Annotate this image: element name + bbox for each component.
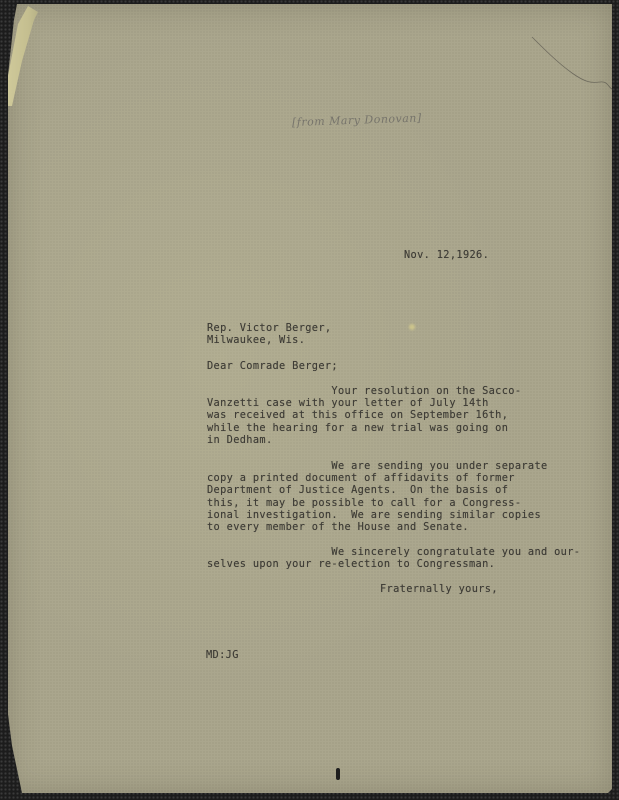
paper-blemish [409,324,415,330]
letter-date: Nov. 12,1926. [404,249,489,261]
paragraph-line: We sincerely congratulate you and our- [207,546,580,558]
paragraph-line: Vanzetti case with your letter of July 1… [207,397,521,409]
reference-initials: MD:JG [206,649,239,661]
paragraph-line: this, it may be possible to call for a C… [207,497,548,509]
paragraph-line: to every member of the House and Senate. [207,521,548,533]
closing: Fraternally yours, [380,583,498,595]
paragraph-resolution: Your resolution on the Sacco-Vanzetti ca… [207,385,521,446]
paragraph-line: ional investigation. We are sending simi… [207,509,548,521]
paragraph-line: in Dedham. [207,434,521,446]
paragraph-line: was received at this office on September… [207,409,521,421]
paragraph-line: selves upon your re-election to Congress… [207,558,580,570]
paragraph-line: Your resolution on the Sacco- [207,385,521,397]
paragraph-line: Department of Justice Agents. On the bas… [207,484,548,496]
paragraph-congratulations: We sincerely congratulate you and our-se… [207,546,580,570]
paragraph-line: We are sending you under separate [207,460,548,472]
addressee-line: Rep. Victor Berger, [207,322,331,334]
salutation: Dear Comrade Berger; [207,360,338,372]
paragraph-line: copy a printed document of affidavits of… [207,472,548,484]
paragraph-line: while the hearing for a new trial was go… [207,422,521,434]
addressee-block: Rep. Victor Berger,Milwaukee, Wis. [207,322,331,346]
paragraph-affidavits: We are sending you under separatecopy a … [207,460,548,533]
addressee-line: Milwaukee, Wis. [207,334,331,346]
paper-hole-mark [336,768,340,780]
